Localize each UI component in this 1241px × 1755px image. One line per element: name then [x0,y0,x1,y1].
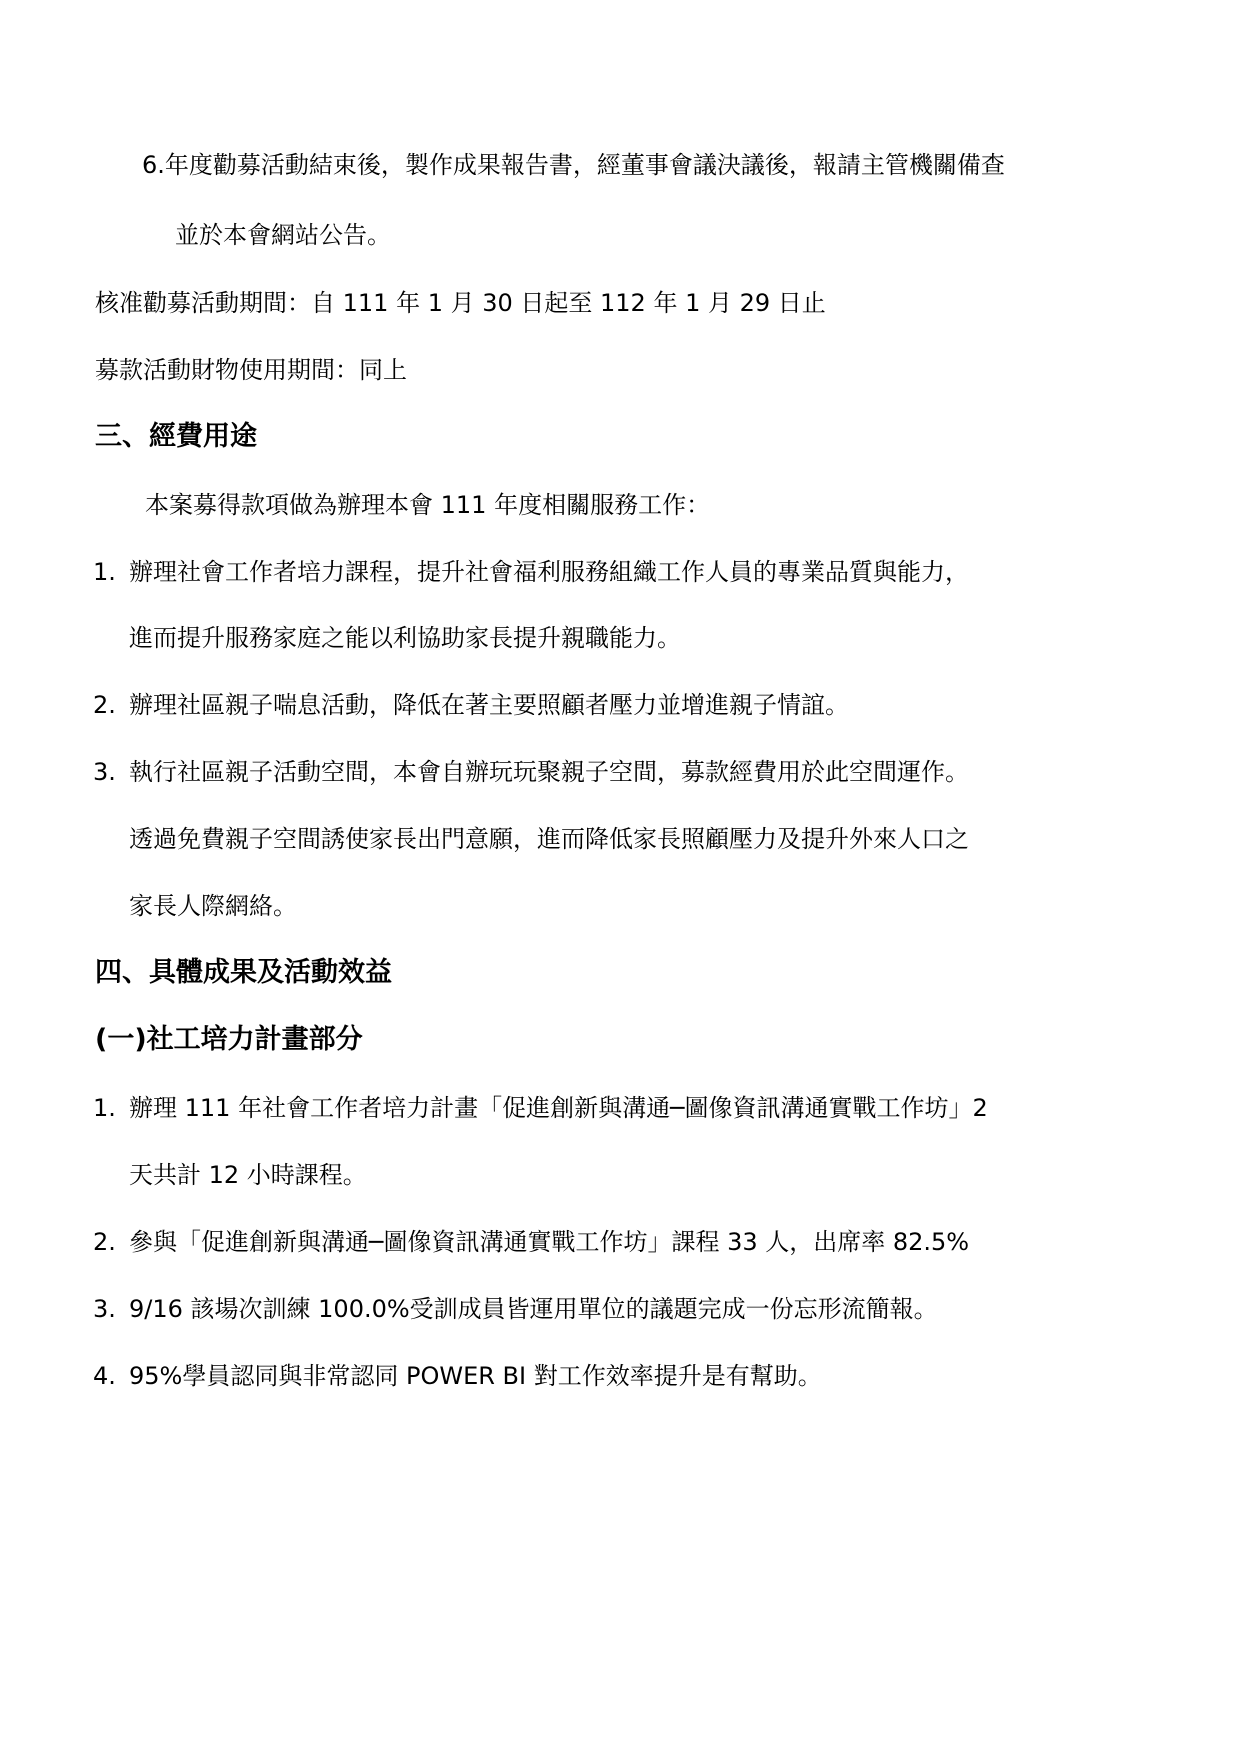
section4-heading: 四、具體成果及活動效益 [95,958,392,988]
list-item: 1.辦理社會工作者培力課程，提升社會福利服務組織工作人員的專業品質與能力， [93,557,969,587]
list-item: 4.95%學員認同與非常認同 POWER BI 對工作效率提升是有幫助。 [93,1361,822,1391]
approved-period: 核准勸募活動期間：自 111 年 1 月 30 日起至 112 年 1 月 29… [95,288,826,318]
list-item-continuation: 天共計 12 小時課程。 [129,1160,367,1190]
list-item: 3.執行社區親子活動空間，本會自辦玩玩聚親子空間，募款經費用於此空間運作。 [93,757,969,787]
list-item: 2.辦理社區親子喘息活動，降低在著主要照顧者壓力並增進親子情誼。 [93,690,849,720]
section3-heading: 三、經費用途 [95,422,257,452]
item6-line1: 6.年度勸募活動結束後，製作成果報告書，經董事會議決議後，報請主管機關備查 [142,150,1005,180]
usage-period: 募款活動財物使用期間：同上 [95,355,407,385]
list-item: 2.參與「促進創新與溝通─圖像資訊溝通實戰工作坊」課程 33 人，出席率 82.… [93,1227,969,1257]
list-item-continuation: 進而提升服務家庭之能以利協助家長提升親職能力。 [129,623,681,653]
item6-line2: 並於本會網站公告。 [175,220,391,250]
list-item: 3.9/16 該場次訓練 100.0%受訓成員皆運用單位的議題完成一份忘形流簡報… [93,1294,938,1324]
section3-intro: 本案募得款項做為辦理本會 111 年度相關服務工作： [145,490,710,520]
list-item-continuation: 家長人際網絡。 [129,891,297,921]
section4-subheading: (一)社工培力計畫部分 [95,1025,363,1055]
list-item-continuation: 透過免費親子空間誘使家長出門意願，進而降低家長照顧壓力及提升外來人口之 [129,824,969,854]
list-item: 1.辦理 111 年社會工作者培力計畫「促進創新與溝通─圖像資訊溝通實戰工作坊」… [93,1093,988,1123]
